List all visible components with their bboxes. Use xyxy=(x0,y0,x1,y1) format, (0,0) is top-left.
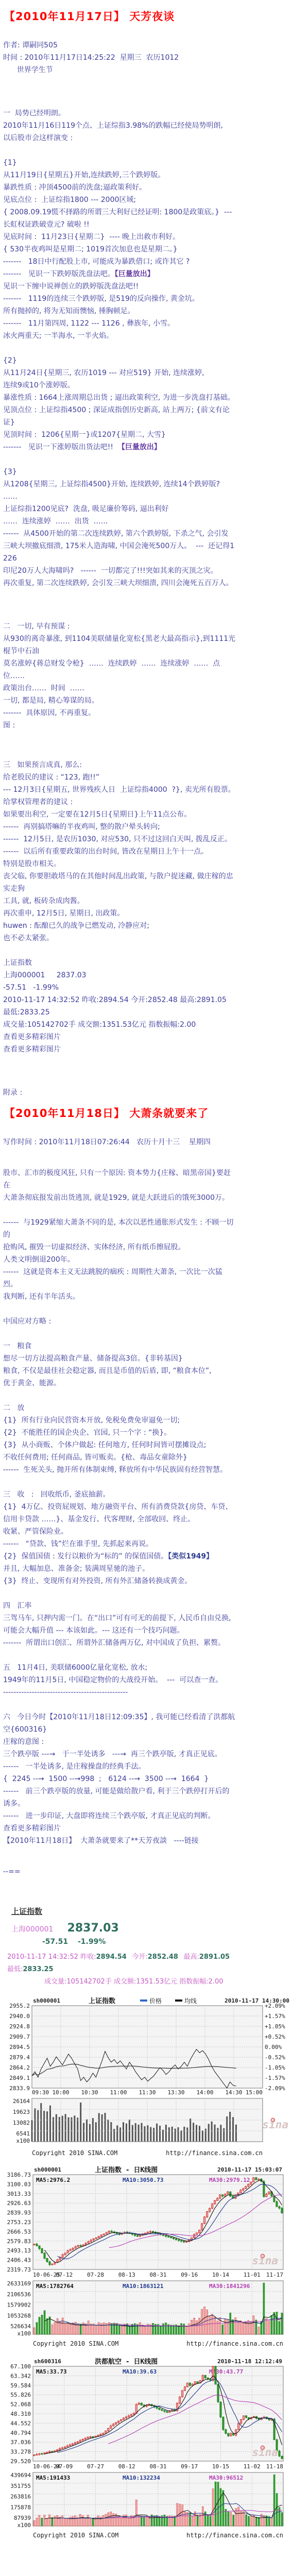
spacer xyxy=(3,1056,236,1087)
text-line: {3} 从小商贩、个体户做起: 任何地方, 任何时间皆可摆摊设点; xyxy=(3,1439,236,1451)
svg-text:37.036: 37.036 xyxy=(10,2439,31,2446)
text-line: 一 局势已经明朗。 xyxy=(3,107,236,120)
text-line: 2010-11-17 14:32:52 昨收:2894.54 今开:2852.4… xyxy=(3,994,236,1019)
index-detail-row: 2010-11-17 14:32:52 昨收:2894.54 今开:2852.4… xyxy=(7,1951,240,1976)
text-line: ------- 具体原因, 不再重复。 xyxy=(3,707,236,719)
quote-value: 2894.54 xyxy=(96,1953,129,1961)
spacer xyxy=(3,1204,236,1216)
svg-text:MA30:2979.12: MA30:2979.12 xyxy=(209,2177,250,2183)
svg-text:-2.09%: -2.09% xyxy=(265,2085,285,2092)
svg-text:洪都航空 - 日K线图: 洪都航空 - 日K线图 xyxy=(95,2358,158,2366)
text-line: ------- 见识一下涨婷版出货法吧!! 【巨量放出】 xyxy=(3,441,236,453)
text-line: ------- 11月第四周, 1122 --- 1126 , 彝族年, 小雪。 xyxy=(3,317,236,330)
index-price-row: 上海000001 2837.03 xyxy=(11,1922,293,1935)
svg-text:2924.8: 2924.8 xyxy=(9,2023,30,2030)
svg-text:13082: 13082 xyxy=(13,2120,30,2126)
svg-text:sh000001: sh000001 xyxy=(34,2166,61,2173)
svg-text:3186.73: 3186.73 xyxy=(7,2172,31,2178)
text-line: 想尽一切方法提高粮食产量、储备提高3倍。{非转基因} xyxy=(3,1352,236,1365)
index-change-row: -57.51 -1.99% xyxy=(42,1938,293,1946)
svg-text:2909.7: 2909.7 xyxy=(9,2033,30,2040)
spacer xyxy=(3,1878,236,1903)
svg-text:08-12: 08-12 xyxy=(118,2463,135,2470)
text-line: 六 今日今时【2010年11月18日12:09:35】, 我可能已经看清了洪都航… xyxy=(3,1711,236,1736)
text-link[interactable]: 查看更多精彩图片 xyxy=(3,1031,236,1043)
text-line: 二 一切, 早有预谋 : xyxy=(3,620,236,633)
svg-text:-0.52%: -0.52% xyxy=(265,2054,285,2061)
text-line: 再次重复, 第二次连续跌婷, 会引发三峡大坝细溃, 四川会淹死五百万人。 xyxy=(3,577,236,589)
text-line: {3} xyxy=(3,466,236,478)
svg-text:Copyright 2010 SINA.COM: Copyright 2010 SINA.COM xyxy=(32,2149,117,2156)
svg-text:2753.23: 2753.23 xyxy=(7,2219,31,2226)
quote-label: 昨收: xyxy=(80,1953,96,1961)
svg-text:07-12: 07-12 xyxy=(56,2272,73,2278)
text-line: { 2008.09.19慌不择路的所谓三大利好已经证明: 1800是政策底。} … xyxy=(3,206,236,231)
text-line: ------ 一半处诱多, 是庄稼操盘的经典手法。 xyxy=(3,1760,236,1773)
svg-text:07-09: 07-09 xyxy=(56,2463,73,2470)
text-line: ------- 1119的连续三个跌婷版, 是519的反向操作, 黄金坑。 xyxy=(3,293,236,305)
text-line: 从930的离奇暴涨, 到1104美联储量化宽松{黑老大最高指示},到1111光棍… xyxy=(3,633,236,657)
svg-text:2319.73: 2319.73 xyxy=(7,2266,31,2273)
sse-intraday-chart: sh000001上证指数价格均线2010-11-17 14:30:0009:30… xyxy=(4,1996,290,2156)
text-line: 暴跌性质 : 冲顶4500前的洗盘;逼政策利好。 xyxy=(3,181,236,194)
text-line: 一 粮食 xyxy=(3,1340,236,1352)
text-line: 2010年11月16日119个点、上证综指3.98%的跌幅已经使局势明朗, xyxy=(3,120,236,132)
text-line: 从11月24日{星期三, 农历1019 --- 对应519} 开始, 连续涨婷, xyxy=(3,367,236,379)
text-line: 上证综指1200见底? 洗盘, 吸足廉价筹码, 逼出利好 xyxy=(3,503,236,515)
spacer xyxy=(3,1699,236,1711)
text-line: 莫名涨婷{蒋总财发令枪} …… 连续跌婷 …… 连续涨婷 …… 点位…… xyxy=(3,657,236,682)
svg-text:59.584: 59.584 xyxy=(10,2382,31,2389)
text-line: 也不必太紧张。 xyxy=(3,932,236,944)
svg-text:2839.93: 2839.93 xyxy=(7,2209,31,2216)
text-line: 优于黄金、能源。 xyxy=(3,1377,236,1389)
spacer xyxy=(3,76,236,107)
text-line: 所有抛掉的, 将为无知而懊恼, 捶胸顿足。 xyxy=(3,305,236,317)
text-line: 见底点位 : 上证综指1800 --- 2000区域; xyxy=(3,194,236,206)
text-line: …… 连续涨婷 …… 出货 …… xyxy=(3,515,236,528)
post2-body: 写作时间 : 2010年11月18日07:26:44 农历十月十三 星期四股市、… xyxy=(3,1136,293,1903)
index-quote-text: 上证指数上海000001 2837.03-57.51 -1.99%2010-11… xyxy=(3,957,293,1056)
text-line: 见顶时间 : 1206{星期一}或1207{星期二, 大雪} xyxy=(3,429,236,441)
svg-text:http://finance.sina.com.cn: http://finance.sina.com.cn xyxy=(166,2149,263,2156)
svg-text:MA10:1863121: MA10:1863121 xyxy=(123,2283,164,2290)
svg-text:2955.2: 2955.2 xyxy=(9,2003,30,2009)
text-line: …… xyxy=(3,490,236,503)
text-line: {2} xyxy=(3,354,236,367)
svg-text:2633169: 2633169 xyxy=(7,2280,31,2287)
text-line: {1} 所有行业向民营资本开放, 免税免费免审逼免一切; xyxy=(3,1414,236,1427)
svg-text:2493.13: 2493.13 xyxy=(7,2247,31,2254)
svg-text:10-15: 10-15 xyxy=(212,2463,229,2470)
svg-text:63.342: 63.342 xyxy=(10,2372,31,2379)
svg-text:http://finance.sina.com.cn: http://finance.sina.com.cn xyxy=(186,2340,283,2347)
svg-text:MA10:39.63: MA10:39.63 xyxy=(123,2368,157,2375)
svg-text:10-14: 10-14 xyxy=(212,2272,229,2278)
svg-text:11:00: 11:00 xyxy=(110,2089,127,2096)
svg-text:6541: 6541 xyxy=(16,2130,30,2137)
svg-text:上证指数: 上证指数 xyxy=(89,1997,115,2005)
svg-text:http://finance.sina.com.cn: http://finance.sina.com.cn xyxy=(186,2532,283,2539)
svg-text:0.00%: 0.00% xyxy=(265,2044,282,2050)
text-line: 三 如果预言成真, 那么: xyxy=(3,759,236,771)
svg-text:15:00: 15:00 xyxy=(246,2089,263,2096)
text-line: ------ “贷款、钱”烂在谁手里, 先抓起来再说。 xyxy=(3,1538,236,1550)
svg-text:MA30:1841296: MA30:1841296 xyxy=(209,2283,250,2290)
text-line: { 2245 --→ 1500 --→998 ; 6124 --→ 3500 -… xyxy=(3,1773,236,1785)
text-line: 人类文明倒退200年。 xyxy=(3,1253,236,1266)
spacer xyxy=(3,1303,236,1315)
svg-text:11-01: 11-01 xyxy=(244,2272,261,2278)
svg-text:x100: x100 xyxy=(16,2138,30,2144)
svg-text:29.520: 29.520 xyxy=(10,2458,31,2465)
text-line: 再次重申, 12月5日, 星期日, 出政策。 xyxy=(3,907,236,920)
text-line: 附录 : xyxy=(3,1087,236,1099)
svg-text:+2.09%: +2.09% xyxy=(265,2003,285,2009)
text-line: 时间 : 2010年11月17日14:25:22 星期三 农历1012 xyxy=(3,52,236,64)
svg-text:10:30: 10:30 xyxy=(81,2089,98,2096)
svg-text:+1.57%: +1.57% xyxy=(265,2013,285,2020)
text-line: {2} 保值国债 : 发行以粮价为“标的” 的保值国债。【类似1949】 xyxy=(3,1550,236,1563)
svg-text:sh000001: sh000001 xyxy=(33,1997,60,2004)
text-line: ------- 18日中行配股上市, 可能成为暴跌借口; 或许其它 ? xyxy=(3,256,236,268)
sse-quote-card: 上证指数 上海000001 2837.03 -57.51 -1.99% 2010… xyxy=(3,1906,293,1988)
svg-text:11:30: 11:30 xyxy=(139,2089,156,2096)
text-line: 大萧条彻底报发前出货逃顶, 就是1929, 就是大跃进后的饿死3000万。 xyxy=(3,1192,236,1204)
text-line: 从11月19日{星期五}开始,连续跌婷,三个跌婷版。 xyxy=(3,169,236,181)
svg-text:14:00: 14:00 xyxy=(196,2089,213,2096)
svg-text:14:30: 14:30 xyxy=(225,2089,242,2096)
text-line: 写作时间 : 2010年11月18日07:26:44 农历十月十三 星期四 xyxy=(3,1136,236,1148)
spacer xyxy=(3,1328,236,1340)
spacer xyxy=(3,144,236,157)
quote-value: 105142702手 xyxy=(66,1978,114,1986)
svg-text:07-27: 07-27 xyxy=(87,2463,104,2470)
text-line: huwen : 酝酿已久的战争已燃发动, 冷静应对; xyxy=(3,920,236,932)
market-code: 上海000001 xyxy=(11,1925,53,1934)
text-line: 特别是股市相关。 xyxy=(3,858,236,870)
text-line: ------ 前三个跌亭版的放量, 可能是做给散户看, 利于三个跌停打开后的诱多… xyxy=(3,1785,236,1810)
svg-text:2579.83: 2579.83 xyxy=(7,2238,31,2245)
text-line: 一切, 都是局, 精心筹谋的局。 xyxy=(3,694,236,707)
spacer xyxy=(3,1649,236,1662)
svg-text:Copyright 2010 SINA.COM: Copyright 2010 SINA.COM xyxy=(33,2532,118,2539)
text-line: 从1208{星期三, 上证综指4500}开始, 连续跌婷, 连续14个跌婷版? xyxy=(3,478,236,490)
text-line: ------ 与1929紧缩大萧条不同的是, 本次以恶性通胀形式发生 : 不顾一… xyxy=(3,1216,236,1241)
text-line: 收紧、严管保险业。 xyxy=(3,1526,236,1538)
text-line: 我判断, 还有半年活头。 xyxy=(3,1291,236,1303)
text-line: { 530半夜鸡叫是星期二; 1019首次加息也是星期二。} xyxy=(3,243,236,256)
text-line: 三驾马车, 只押内需一门。在“出口”可有可无的前提下, 人民币自由兑换, xyxy=(3,1612,236,1624)
svg-text:1579902: 1579902 xyxy=(7,2301,31,2308)
text-line: 五 11月4日, 美联储6000亿量化宽松, 放水; xyxy=(3,1662,236,1674)
svg-text:2894.5: 2894.5 xyxy=(9,2044,30,2050)
svg-text:x100: x100 xyxy=(18,2330,31,2337)
svg-text:55.826: 55.826 xyxy=(10,2392,31,2398)
svg-text:08-31: 08-31 xyxy=(149,2463,166,2470)
svg-text:08-13: 08-13 xyxy=(118,2272,135,2278)
svg-text:10:00: 10:00 xyxy=(52,2089,69,2096)
text-line: 给掌权管理者的建议 : xyxy=(3,796,236,808)
text-line: -57.51 -1.99% xyxy=(3,981,236,994)
text-line: ------- 见识一下跌婷版洗盘法吧。【巨量放出】 xyxy=(3,268,236,280)
post2-title: 【2010年11月18日】 大萧条就要来了 xyxy=(4,1105,293,1121)
svg-text:11-02: 11-02 xyxy=(244,2463,261,2470)
text-line: 可能会大幅升值 --- 本该如此。--- 这还有一个技巧问题。 xyxy=(3,1624,236,1637)
svg-text:2864.2: 2864.2 xyxy=(9,2064,30,2071)
text-line: {3} 终止、变现所有对外投资, 所有外汇储备转换成黄金。 xyxy=(3,1575,236,1587)
index-change-pct: -1.99% xyxy=(78,1938,106,1946)
svg-text:2849.1: 2849.1 xyxy=(9,2075,30,2081)
svg-text:x100: x100 xyxy=(18,2522,31,2529)
text-line: 上海000001 2837.03 xyxy=(3,969,236,981)
svg-text:3100.03: 3100.03 xyxy=(7,2181,31,2188)
text-line: 世界学生节 xyxy=(3,64,236,76)
appendix-label: 附录 : xyxy=(3,1056,293,1099)
text-link[interactable]: 查看更多精彩图片 xyxy=(3,1822,236,1835)
svg-text:2010-11-17 15:03:07: 2010-11-17 15:03:07 xyxy=(217,2166,282,2173)
svg-text:48.310: 48.310 xyxy=(10,2411,31,2417)
text-line: 工具, 就, 板砖杂成肉酱。 xyxy=(3,895,236,907)
svg-text:MA5:1782764: MA5:1782764 xyxy=(36,2283,74,2290)
svg-text:263816: 263816 xyxy=(10,2493,31,2500)
text-line: ------ 以后所有重要政策的出台时间, 皆改在星期日上午十一点。 xyxy=(3,845,236,858)
quote-label: 最高: xyxy=(184,1953,199,1961)
svg-text:2010-11-18 12:12:49: 2010-11-18 12:12:49 xyxy=(217,2358,282,2365)
svg-text:MA30:43.77: MA30:43.77 xyxy=(209,2368,243,2375)
spacer xyxy=(3,1476,236,1488)
text-line: {1} 4万亿、投资屁规划、地方融资平台、所有消费贷款{房贷、车贷、信用卡贷款 … xyxy=(3,1501,236,1526)
svg-text:3013.33: 3013.33 xyxy=(7,2191,31,2197)
svg-text:11-17: 11-17 xyxy=(266,2272,283,2278)
spacer xyxy=(3,453,236,466)
text-line: 不收任何费用; 任何商品, 皆可贩卖。{枪、毒品女童除外} xyxy=(3,1451,236,1464)
text-line: 1949年的11月5日, 中国稳定物价的大战役开始。 --- 可以查一查。 xyxy=(3,1674,236,1686)
svg-text:26164: 26164 xyxy=(13,2098,30,2105)
spacer xyxy=(3,1148,236,1167)
text-line: 四 汇率 xyxy=(3,1600,236,1612)
svg-text:sina: sina xyxy=(262,2119,288,2131)
svg-text:1053268: 1053268 xyxy=(7,2312,31,2319)
text-line: 粮食, 不仅是最佳社会稳定器, 而且是币值的后盾, 即, “粮食本位”, xyxy=(3,1365,236,1377)
post1-title: 【2010年11月17日】 天芳夜谈 xyxy=(4,8,293,24)
text-line: 冰火两重天; 一半海水, 一半火焰。 xyxy=(3,330,236,342)
text-line: --- 12月3日{星期五, 世界残疾人日 上证综指4000 ?}, 卖光所有股… xyxy=(3,784,236,796)
svg-text:175878: 175878 xyxy=(10,2504,31,2511)
spacer xyxy=(3,944,236,957)
svg-text:2106536: 2106536 xyxy=(7,2291,31,2298)
quote-label: 今开: xyxy=(132,1953,147,1961)
svg-text:526634: 526634 xyxy=(10,2323,31,2330)
svg-text:-1.57%: -1.57% xyxy=(265,2075,285,2081)
quote-timestamp: 2010-11-17 14:32:52 xyxy=(7,1953,78,1961)
quote-value: 2852.48 xyxy=(148,1953,181,1961)
text-line: ------ 再别搞塔嘛的半夜鸡叫, 整的散户晕头转向; xyxy=(3,821,236,833)
svg-text:MA5:33.73: MA5:33.73 xyxy=(36,2368,67,2375)
text-line: ------- 所谓出口创汇、所谓外汇储备两万亿, 对中国成了负担、累赘。 xyxy=(3,1637,236,1649)
text-line: 见识一下缠中说禅创立的跌婷版洗盘法吧!! xyxy=(3,280,236,293)
quote-label: 成交量: xyxy=(44,1978,66,1986)
svg-text:+1.05%: +1.05% xyxy=(265,2023,285,2030)
svg-text:2879.4: 2879.4 xyxy=(9,2054,30,2061)
spacer xyxy=(3,1587,236,1600)
text-link[interactable]: 【2010年11月18日】 大萧条就要来了**天芳夜談 ----链接 xyxy=(3,1835,236,1847)
svg-text:09:30: 09:30 xyxy=(32,2089,49,2096)
text-line: ------ 12月5日, 是农历1030, 对应530, 只不过这回白天叫, … xyxy=(3,833,236,845)
svg-text:33.278: 33.278 xyxy=(10,2448,31,2455)
svg-text:Copyright 2010 SINA.COM: Copyright 2010 SINA.COM xyxy=(33,2340,118,2347)
svg-text:13:30: 13:30 xyxy=(167,2089,184,2096)
index-price: 2837.03 xyxy=(67,1922,119,1935)
svg-text:sina: sina xyxy=(252,2255,278,2267)
svg-text:sh600316: sh600316 xyxy=(34,2358,61,2365)
svg-text:MA10:3050.73: MA10:3050.73 xyxy=(123,2177,163,2183)
svg-text:MA5:191433: MA5:191433 xyxy=(36,2475,70,2481)
svg-text:09-17: 09-17 xyxy=(181,2463,198,2470)
svg-text:价格: 价格 xyxy=(149,1997,162,2005)
text-line: 股市、汇市的极度风狂, 只有一个原因: 资本势力{庄稼、暗黑帝国}要赶在 xyxy=(3,1167,236,1192)
svg-text:08-31: 08-31 xyxy=(149,2272,166,2278)
text-line: 二 放 xyxy=(3,1402,236,1414)
svg-text:2833.9: 2833.9 xyxy=(9,2085,30,2092)
text-line: ------ 生死关头, 抛开所有体制束缚, 释放所有中华民族固有经营智慧。 xyxy=(3,1464,236,1476)
quote-value: 2891.05 xyxy=(199,1953,230,1961)
index-change: -57.51 xyxy=(42,1938,68,1946)
sse-daily-kline-chart: sh000001上证指数 - 日K线图2010-11-17 15:03:0710… xyxy=(4,2165,290,2348)
text-line: {1} xyxy=(3,157,236,169)
svg-text:40.794: 40.794 xyxy=(10,2430,31,2436)
text-line: 印尼20万人大海啸吗? ------ 一切都完了!!!突如其来的灭顶之灾。 xyxy=(3,565,236,577)
svg-text:-1.05%: -1.05% xyxy=(265,2064,285,2071)
quote-value: 1351.53亿元 xyxy=(136,1978,179,1986)
text-line: ------ 从4500开始的第二次连续跌婷, 第六个跌婷版, 下杀之气, 会引… xyxy=(3,528,236,540)
text-line: 三个跌亭版 ---→ 于一半处诱多 ---→ 再三个跌亭版, 才真正见底。 xyxy=(3,1748,236,1760)
spacer xyxy=(3,342,236,354)
quote-label: 指数振幅: xyxy=(179,1978,208,1986)
hongdu-daily-kline-chart: sh600316洪都航空 - 日K线图2010-11-18 12:12:4910… xyxy=(4,2357,290,2539)
text-line: 并且, 大幅加息、准备金; 装满周星驰的池子。 xyxy=(3,1563,236,1575)
text-line: 以后股市会这样演变 : xyxy=(3,132,236,144)
text-line: 庄稼的意图 : xyxy=(3,1736,236,1748)
text-line: ------ 这就是资本主义无法跳脱的痼疾 : 周期性大萧条, 一次比一次猛烈。 xyxy=(3,1266,236,1291)
svg-text:44.552: 44.552 xyxy=(10,2420,31,2427)
quote-label: 成交额: xyxy=(114,1978,136,1986)
text-line: {2} 不能胜任的国企央企、官园, 只一个字 : “换}。 xyxy=(3,1427,236,1439)
text-line: ----------------------------------------… xyxy=(3,1686,236,1699)
text-line: 三 收 : 回收纸币, 釜底抽薪。 xyxy=(3,1488,236,1501)
svg-text:MA5:2976.2: MA5:2976.2 xyxy=(36,2177,70,2183)
text-line: 图 : xyxy=(3,719,236,732)
text-line: 抢购风, 摧毁一切虚拟经济、实体经济, 所有纸币擦屁股。 xyxy=(3,1241,236,1253)
svg-text:2406.43: 2406.43 xyxy=(7,2257,31,2263)
text-line: 暴涨性质 : 1664上涨周期总出货 ; 逼出政策利空, 为进一步洗盘打基础。 xyxy=(3,392,236,404)
index-volume-row: 成交量:105142702手 成交额:1351.53亿元 指数振幅:2.00 xyxy=(44,1976,277,1988)
svg-text:87939: 87939 xyxy=(14,2515,31,2521)
text-line: 如果要出利空, 一定要在12月5日{星期日}上午11点公布。 xyxy=(3,808,236,821)
svg-text:2666.53: 2666.53 xyxy=(7,2228,31,2235)
blog-page: 【2010年11月17日】 天芳夜谈 作者: 谭嗣同505时间 : 2010年1… xyxy=(0,0,293,2564)
text-line: 上证指数 xyxy=(3,957,236,969)
svg-text:19623: 19623 xyxy=(13,2109,30,2115)
text-line: --== xyxy=(3,1866,236,1878)
index-name: 上证指数 xyxy=(11,1906,293,1917)
text-line: 成交量:105142702手 成交额:1351.53亿元 指数振幅:2.00 xyxy=(3,1019,236,1031)
svg-text:均线: 均线 xyxy=(184,1997,197,2005)
svg-text:2940.0: 2940.0 xyxy=(9,2013,30,2020)
svg-text:+0.52%: +0.52% xyxy=(265,2033,285,2040)
text-line: 作者: 谭嗣同505 xyxy=(3,39,236,52)
quote-value: 2833.25 xyxy=(23,1965,53,1973)
text-line: 中国应对方略 : xyxy=(3,1315,236,1328)
text-line: 丧父临, 你要胆敢塔马的在其他时间乱出政策, 与散户捉迷藏, 做庄稼的忠实走狗 xyxy=(3,870,236,895)
spacer xyxy=(3,1847,236,1866)
spacer xyxy=(3,1389,236,1402)
svg-text:MA30:96512: MA30:96512 xyxy=(209,2475,243,2481)
svg-text:上证指数 - 日K线图: 上证指数 - 日K线图 xyxy=(95,2166,158,2174)
svg-text:67.100: 67.100 xyxy=(10,2363,31,2370)
spacer xyxy=(3,732,236,759)
text-line: 见顶点位 : 上证综指4500 ; 深证成指创历史新高, 站上两万; {前文有论… xyxy=(3,404,236,429)
text-line: 见底时间 : 11月23日{星期二} ---- 晚上出救市利好。 xyxy=(3,231,236,243)
spacer xyxy=(3,589,236,620)
post1-body: 作者: 谭嗣同505时间 : 2010年11月17日14:25:22 星期三 农… xyxy=(3,39,293,957)
svg-text:351755: 351755 xyxy=(10,2483,31,2489)
text-link[interactable]: 查看更多精彩图片 xyxy=(3,1043,236,1056)
text-line: 三峡大坝撤底细溃, 175米人造海啸, 中国会淹死500万人。 --- 还记得1… xyxy=(3,540,236,565)
text-line: 连续9或10个涨婷版。 xyxy=(3,379,236,392)
svg-text:11-18: 11-18 xyxy=(266,2463,283,2470)
svg-text:52.068: 52.068 xyxy=(10,2401,31,2408)
quote-value: 2.00 xyxy=(209,1978,223,1986)
svg-text:MA10:132234: MA10:132234 xyxy=(123,2475,160,2481)
text-line: 给老股民的建议 : “123, 跑!!” xyxy=(3,771,236,784)
svg-text:2926.63: 2926.63 xyxy=(7,2200,31,2207)
text-line: ------ 进一步印证, 大盘即将连续三个跌亭版, 才真正见底的判断。 xyxy=(3,1810,236,1822)
svg-text:09-16: 09-16 xyxy=(181,2272,198,2278)
svg-text:07-28: 07-28 xyxy=(87,2272,104,2278)
text-line: 政策出台…… 时间 …… xyxy=(3,682,236,694)
quote-label: 最低: xyxy=(7,1965,23,1973)
svg-text:sina: sina xyxy=(252,2446,278,2459)
svg-text:439694: 439694 xyxy=(10,2472,31,2479)
